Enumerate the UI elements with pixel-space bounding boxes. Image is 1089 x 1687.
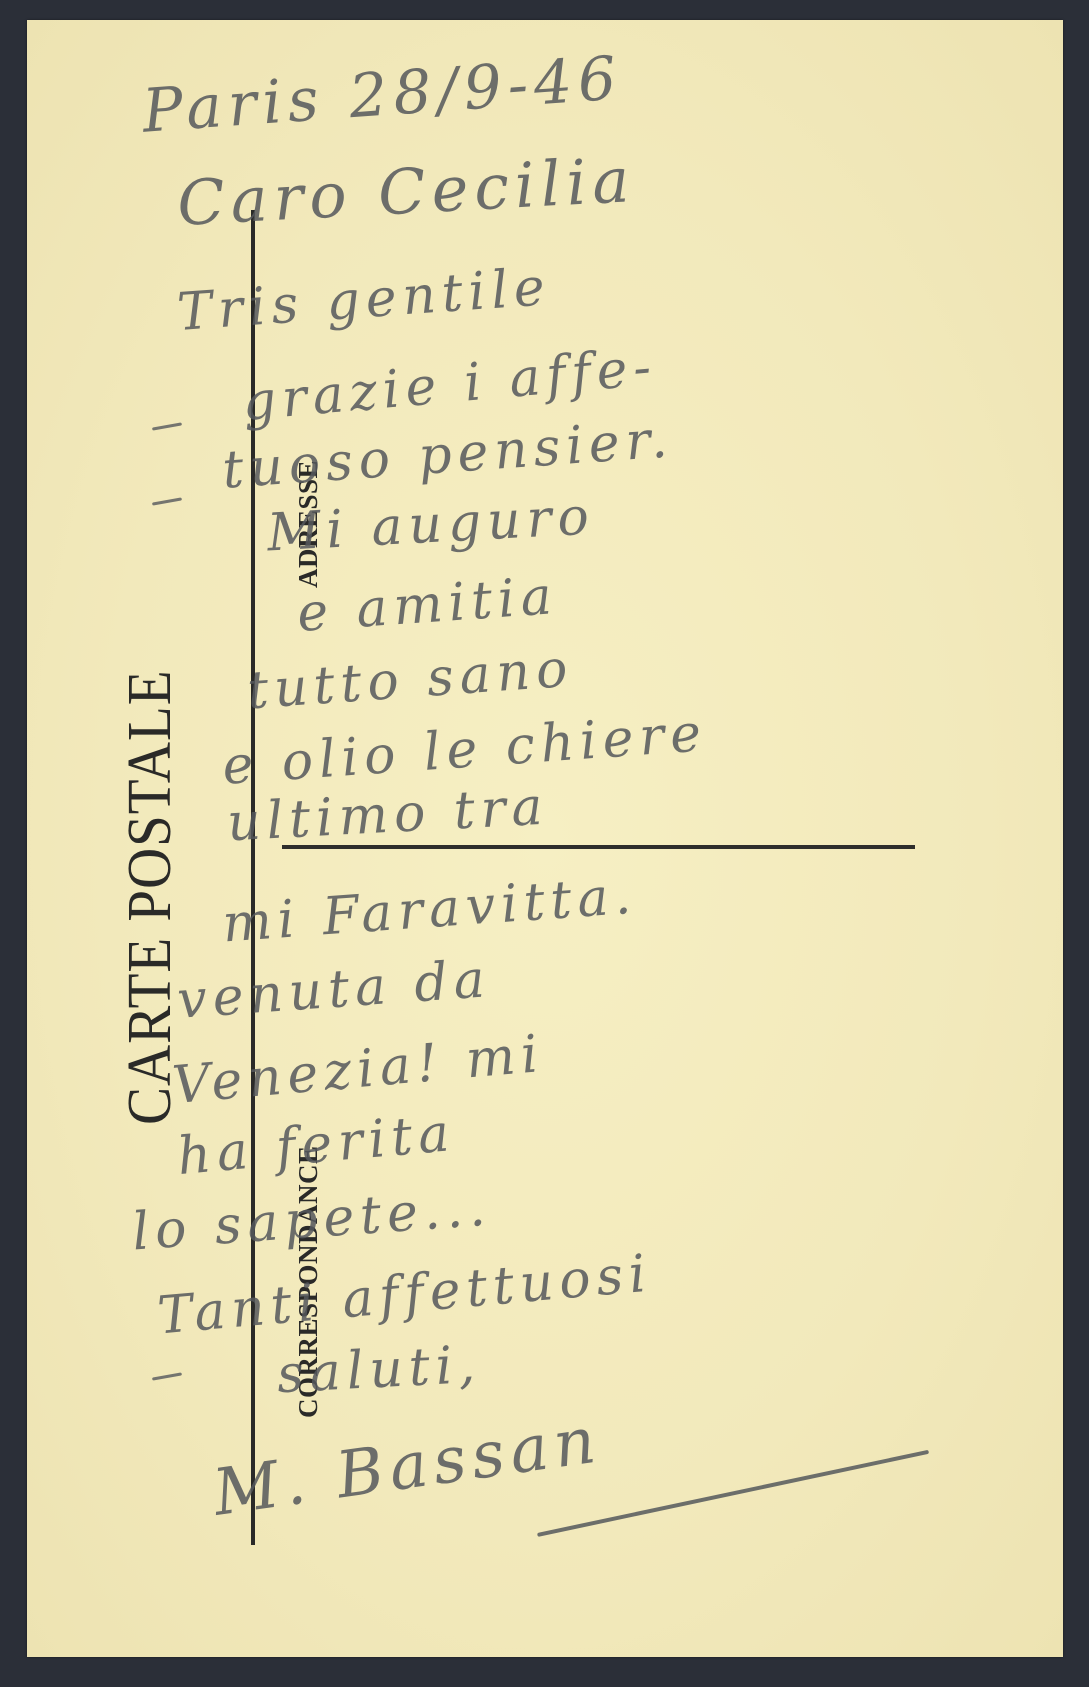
handwritten-line: tutto sano (245, 639, 575, 722)
handwritten-signature: M. Bassan (209, 1403, 606, 1531)
handwritten-line: Tanti affettuosi (155, 1244, 654, 1347)
handwritten-line: Venezia! mi (170, 1024, 546, 1116)
handwritten-line: Tris gentile (175, 257, 552, 343)
handwritten-line: saluti, (276, 1335, 483, 1406)
handwritten-line: Caro Cecilia (175, 143, 637, 240)
margin-dash (152, 1372, 182, 1380)
handwritten-line: lo sapete... (130, 1178, 493, 1263)
handwritten-line: venuta da (175, 949, 492, 1031)
postcard: CARTE POSTALE ADRESSE CORRESPONDANCE Par… (27, 20, 1063, 1657)
handwritten-line: ha ferita (175, 1103, 458, 1187)
margin-dash (152, 422, 182, 430)
margin-dash (152, 497, 182, 505)
handwritten-line: e amitia (295, 566, 559, 644)
handwritten-line: mi Faravitta. (220, 866, 638, 955)
handwritten-place-date: Paris 28/9-46 (140, 43, 624, 146)
